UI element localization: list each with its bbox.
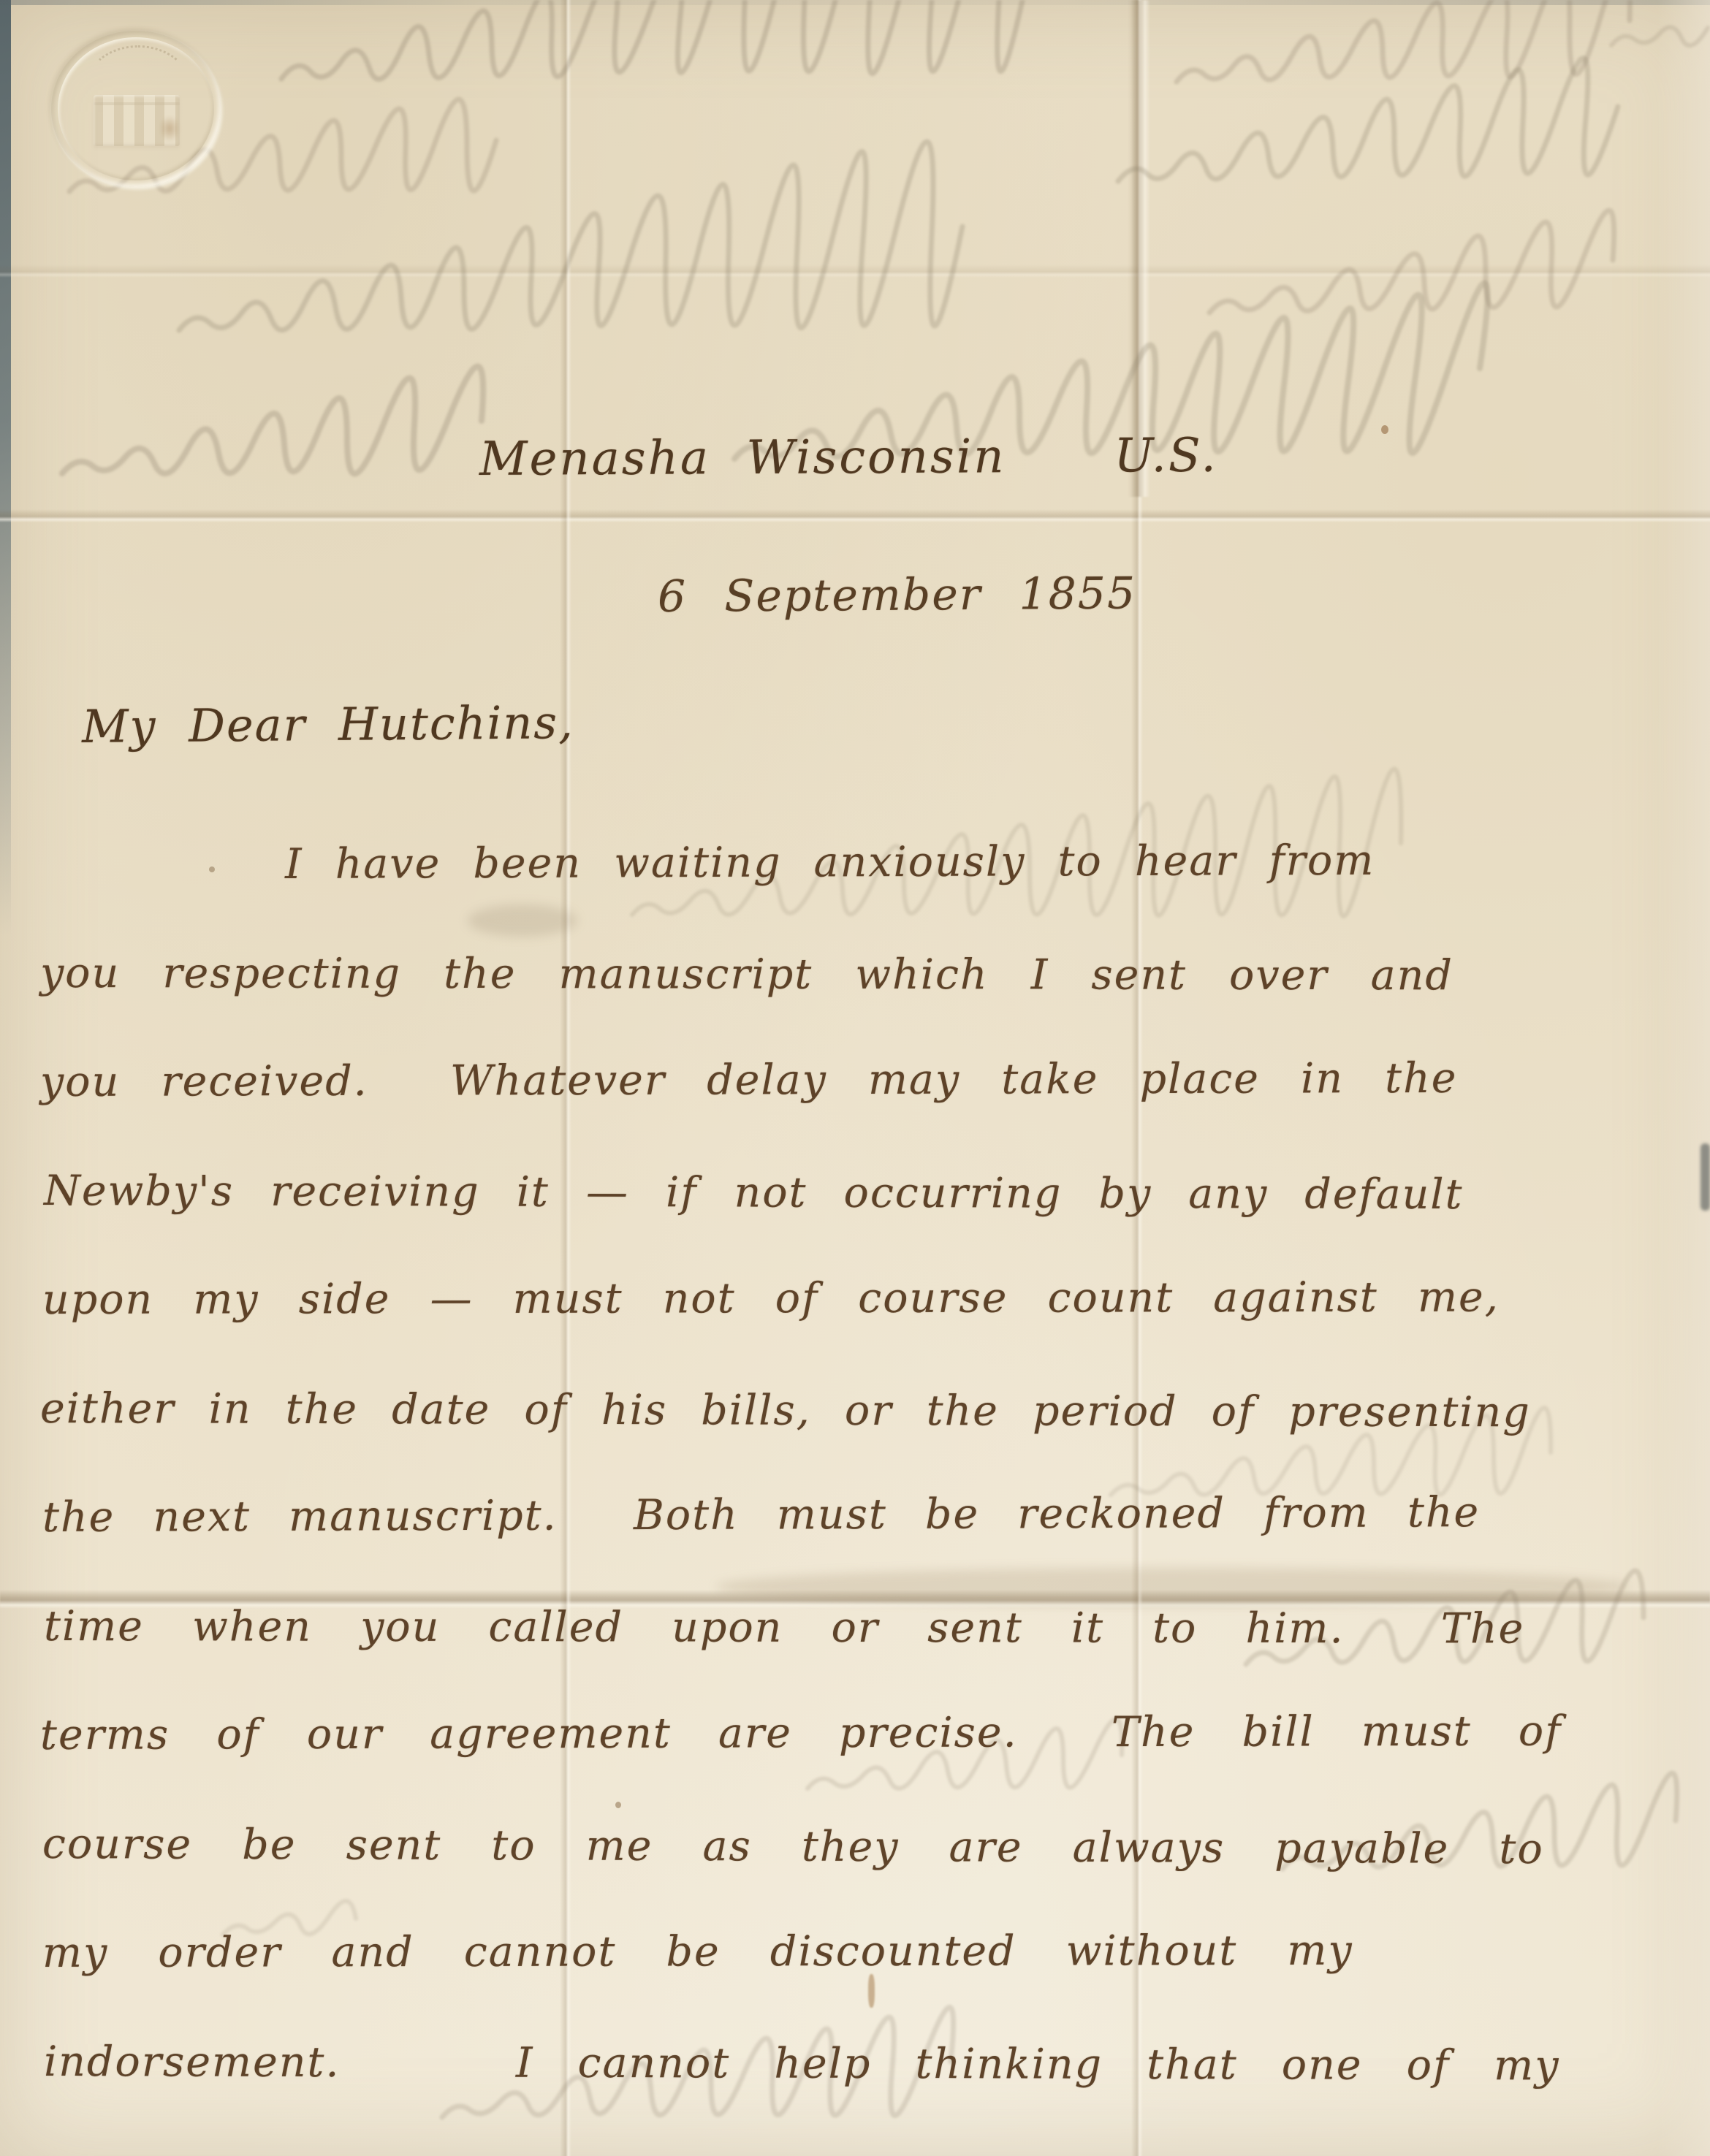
body-line: terms of our agreement are precise. The … (40, 1707, 1562, 1759)
fold-crease-vertical-right-shadow (1128, 0, 1150, 497)
scan-edge-notch (1700, 1143, 1710, 1211)
body-line: you received. Whatever delay may take pl… (40, 1054, 1458, 1106)
crease-smudge (716, 1568, 1630, 1606)
ink-fleck (209, 866, 215, 872)
body-line: I have been waiting anxiously to hear fr… (285, 837, 1375, 888)
salutation: My Dear Hutchins, (82, 696, 574, 753)
paper-edge-highlight (1657, 0, 1710, 2156)
body-line: you respecting the manuscript which I se… (40, 949, 1453, 999)
letter-scan: Menasha Wisconsin U.S. 6 September 1855 … (0, 0, 1710, 2156)
body-line: course be sent to me as they are always … (42, 1820, 1544, 1873)
ink-fleck (1381, 425, 1388, 434)
body-line: upon my side — must not of course count … (42, 1273, 1500, 1324)
embossed-seal (51, 31, 221, 187)
scan-edge-left (0, 0, 11, 935)
body-line: Newby's receiving it — if not occurring … (44, 1167, 1464, 1219)
body-line: indorsement. I cannot help thinking that… (44, 2038, 1560, 2090)
body-line: either in the date of his bills, or the … (40, 1384, 1531, 1436)
paper-smudge (468, 904, 577, 937)
fold-crease-horizontal-upper (0, 509, 1710, 522)
body-line: the next manuscript. Both must be reckon… (42, 1488, 1480, 1542)
body-line: my order and cannot be discounted withou… (42, 1927, 1353, 1977)
scan-edge-top (0, 0, 1710, 5)
ink-fleck (615, 1802, 621, 1808)
embossed-seal-stain (159, 115, 180, 142)
heading-date-line: 6 September 1855 (658, 568, 1137, 622)
fold-crease-horizontal-faint (0, 264, 1710, 278)
heading-place-line: Menasha Wisconsin U.S. (479, 429, 1218, 487)
body-line: time when you called upon or sent it to … (44, 1602, 1524, 1653)
ink-streak (868, 1974, 875, 2008)
